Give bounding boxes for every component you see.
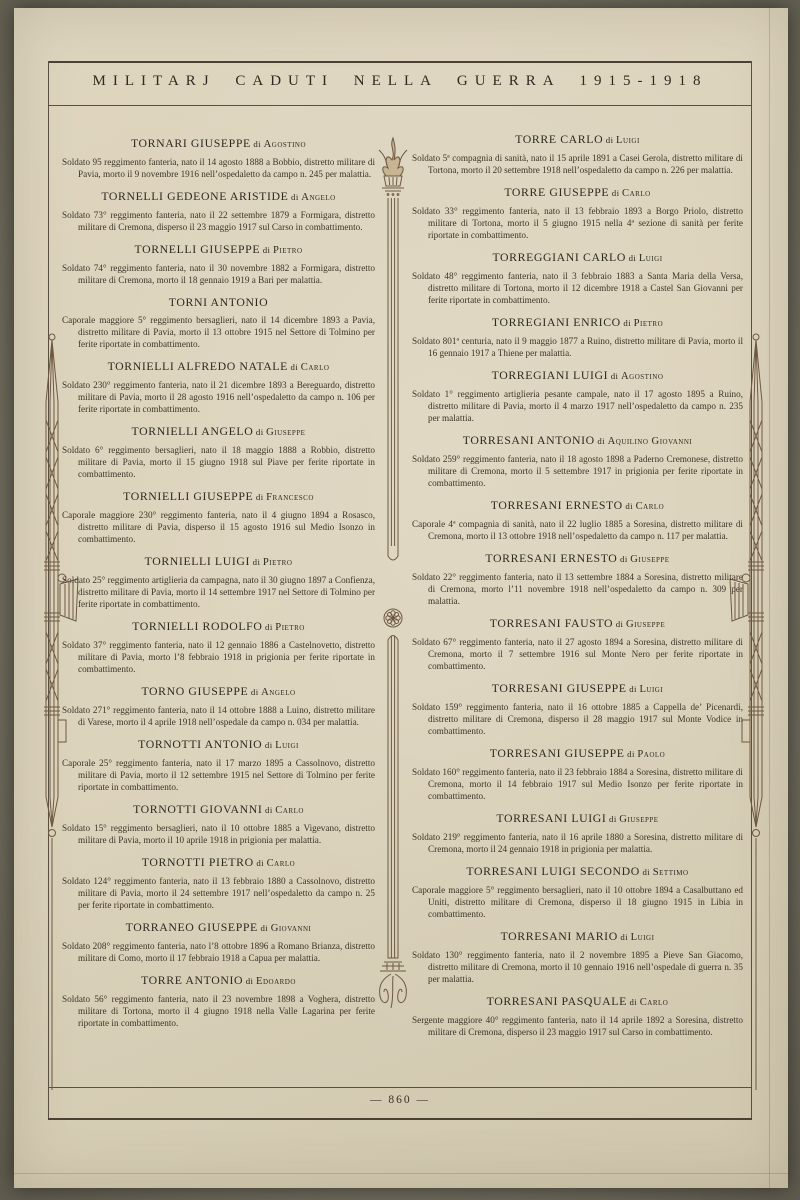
soldier-entry: TORRE GIUSEPPE di CarloSoldato 33° reggi…: [412, 185, 743, 241]
paternity-name: Angelo: [301, 192, 335, 203]
paternity-prefix: di: [253, 492, 266, 502]
paternity-name: Luigi: [631, 932, 655, 943]
entry-body: Soldato 48° reggimento fanteria, nato il…: [412, 270, 743, 306]
paternity-prefix: di: [623, 501, 636, 511]
paternity-name: Giuseppe: [626, 619, 665, 630]
entry-body: Soldato 230° reggimento fanteria, nato i…: [62, 379, 375, 415]
soldier-name: TORRESANI ERNESTO: [485, 551, 617, 565]
entry-heading: TORRE GIUSEPPE di Carlo: [412, 185, 743, 200]
paternity-name: Giovanni: [271, 923, 312, 934]
paternity-prefix: di: [260, 245, 273, 255]
paternity-prefix: di: [606, 814, 619, 824]
soldier-entry: TORNELLI GEDEONE ARISTIDE di AngeloSolda…: [62, 189, 375, 233]
soldier-name: TORRE CARLO: [515, 132, 603, 146]
soldier-name: TORRESANI MARIO: [501, 929, 618, 943]
soldier-entry: TORREGIANI ENRICO di PietroSoldato 801ª …: [412, 315, 743, 359]
paternity-name: Giuseppe: [619, 814, 658, 825]
frame-rule-under-title: [48, 105, 752, 106]
frame-rule-bottom: [48, 1118, 752, 1120]
entry-heading: TORRE CARLO di Luigi: [412, 132, 743, 147]
paternity-prefix: di: [627, 684, 640, 694]
paternity-name: Giuseppe: [266, 427, 305, 438]
entry-body: Sergente maggiore 40° reggimento fanteri…: [412, 1014, 743, 1038]
soldier-name: TORNOTTI GIOVANNI: [133, 802, 262, 816]
paternity-name: Agostino: [264, 139, 306, 150]
entry-heading: TORNOTTI GIOVANNI di Carlo: [62, 802, 375, 817]
soldier-name: TORNIELLI ALFREDO NATALE: [108, 359, 288, 373]
soldier-name: TORRE ANTONIO: [141, 973, 243, 987]
entry-heading: TORREGIANI LUIGI di Agostino: [412, 368, 743, 383]
entry-body: Soldato 271° reggimento fanteria, nato i…: [62, 704, 375, 728]
frame-rule-top: [48, 61, 752, 63]
entry-body: Soldato 74° reggimento fanteria, nato il…: [62, 262, 375, 286]
paternity-name: Carlo: [301, 362, 330, 373]
entry-heading: TORNO GIUSEPPE di Angelo: [62, 684, 375, 699]
right-column: TORRE CARLO di LuigiSoldato 5ª compagnia…: [412, 132, 743, 1094]
paternity-prefix: di: [626, 253, 639, 263]
entry-heading: TORRESANI GIUSEPPE di Paolo: [412, 746, 743, 761]
entry-body: Soldato 25° reggimento artiglieria da ca…: [62, 574, 375, 610]
paternity-name: Edoardo: [256, 976, 296, 987]
entry-body: Soldato 15° reggimento bersaglieri, nato…: [62, 822, 375, 846]
soldier-entry: TORRANEO GIUSEPPE di GiovanniSoldato 208…: [62, 920, 375, 964]
soldier-name: TORRESANI ANTONIO: [463, 433, 595, 447]
entry-body: Soldato 208° reggimento fanteria, nato l…: [62, 940, 375, 964]
paternity-prefix: di: [262, 622, 275, 632]
paternity-prefix: di: [621, 318, 634, 328]
soldier-entry: TORRESANI LUIGI SECONDO di SettimoCapora…: [412, 864, 743, 920]
soldier-name: TORREGIANI LUIGI: [492, 368, 609, 382]
soldier-name: TORNO GIUSEPPE: [141, 684, 248, 698]
paternity-name: Luigi: [275, 740, 299, 751]
soldier-name: TORRE GIUSEPPE: [504, 185, 609, 199]
soldier-entry: TORREGIANI LUIGI di AgostinoSoldato 1° r…: [412, 368, 743, 424]
soldier-name: TORREGGIANI CARLO: [492, 250, 626, 264]
paternity-prefix: di: [248, 687, 261, 697]
paternity-prefix: di: [258, 923, 271, 933]
soldier-name: TORRESANI ERNESTO: [491, 498, 623, 512]
entry-body: Soldato 33° reggimento fanteria, nato il…: [412, 205, 743, 241]
entry-body: Caporale 4ª compagnia di sanità, nato il…: [412, 518, 743, 542]
paternity-name: Carlo: [636, 501, 665, 512]
soldier-entry: TORRESANI MARIO di LuigiSoldato 130° reg…: [412, 929, 743, 985]
entry-body: Soldato 5ª compagnia di sanità, nato il …: [412, 152, 743, 176]
paternity-name: Pietro: [273, 245, 303, 256]
paternity-name: Giuseppe: [630, 554, 669, 565]
entry-body: Soldato 95 reggimento fanteria, nato il …: [62, 156, 375, 180]
soldier-name: TORREGIANI ENRICO: [492, 315, 621, 329]
paternity-name: Carlo: [275, 805, 304, 816]
entry-body: Caporale maggiore 5° reggimento bersagli…: [412, 884, 743, 920]
entry-body: Soldato 130° reggimento fanteria, nato i…: [412, 949, 743, 985]
soldier-name: TORNIELLI GIUSEPPE: [123, 489, 253, 503]
entry-body: Soldato 37° reggimento fanteria, nato il…: [62, 639, 375, 675]
soldier-entry: TORNIELLI LUIGI di PietroSoldato 25° reg…: [62, 554, 375, 610]
soldier-entry: TORNI ANTONIOCaporale maggiore 5° reggim…: [62, 295, 375, 350]
soldier-entry: TORRESANI PASQUALE di CarloSergente magg…: [412, 994, 743, 1038]
entry-heading: TORRESANI MARIO di Luigi: [412, 929, 743, 944]
entry-heading: TORRE ANTONIO di Edoardo: [62, 973, 375, 988]
entry-body: Soldato 73° reggimento fanteria, nato il…: [62, 209, 375, 233]
entry-heading: TORNOTTI PIETRO di Carlo: [62, 855, 375, 870]
entry-heading: TORNARI GIUSEPPE di Agostino: [62, 136, 375, 151]
entry-heading: TORNIELLI LUIGI di Pietro: [62, 554, 375, 569]
paternity-name: Carlo: [640, 997, 669, 1008]
soldier-entry: TORNO GIUSEPPE di AngeloSoldato 271° reg…: [62, 684, 375, 728]
entry-heading: TORREGIANI ENRICO di Pietro: [412, 315, 743, 330]
left-column: TORNARI GIUSEPPE di AgostinoSoldato 95 r…: [62, 136, 375, 1082]
soldier-entry: TORRESANI GIUSEPPE di LuigiSoldato 159° …: [412, 681, 743, 737]
paternity-prefix: di: [608, 371, 621, 381]
paternity-name: Carlo: [622, 188, 651, 199]
soldier-entry: TORREGGIANI CARLO di LuigiSoldato 48° re…: [412, 250, 743, 306]
soldier-entry: TORNOTTI ANTONIO di LuigiCaporale 25° re…: [62, 737, 375, 793]
soldier-name: TORNI ANTONIO: [169, 295, 268, 309]
entry-body: Soldato 1° reggimento artiglieria pesant…: [412, 388, 743, 424]
soldier-entry: TORRESANI ANTONIO di Aquilino GiovanniSo…: [412, 433, 743, 489]
page-edge-line-bottom: [14, 1173, 788, 1174]
paternity-name: Carlo: [267, 858, 296, 869]
soldier-entry: TORNIELLI ALFREDO NATALE di CarloSoldato…: [62, 359, 375, 415]
paternity-prefix: di: [640, 867, 653, 877]
soldier-entry: TORRE ANTONIO di EdoardoSoldato 56° regg…: [62, 973, 375, 1029]
entry-body: Soldato 801ª centuria, nato il 9 maggio …: [412, 335, 743, 359]
entry-heading: TORRESANI ERNESTO di Giuseppe: [412, 551, 743, 566]
soldier-name: TORRESANI FAUSTO: [490, 616, 613, 630]
entry-body: Soldato 124° reggimento fanteria, nato i…: [62, 875, 375, 911]
entry-heading: TORNIELLI ALFREDO NATALE di Carlo: [62, 359, 375, 374]
torch-column-icon: [376, 136, 410, 1026]
entry-heading: TORRESANI GIUSEPPE di Luigi: [412, 681, 743, 696]
paternity-name: Angelo: [261, 687, 295, 698]
soldier-name: TORRESANI LUIGI: [496, 811, 606, 825]
entry-heading: TORNIELLI GIUSEPPE di Francesco: [62, 489, 375, 504]
entry-body: Soldato 159° reggimento fanteria, nato i…: [412, 701, 743, 737]
entry-body: Soldato 67° reggimento fanteria, nato il…: [412, 636, 743, 672]
page-title: MILITARJ CADUTI NELLA GUERRA 1915-1918: [48, 73, 752, 90]
entry-heading: TORRESANI ERNESTO di Carlo: [412, 498, 743, 513]
paternity-name: Paolo: [637, 749, 665, 760]
soldier-name: TORRESANI LUIGI SECONDO: [466, 864, 640, 878]
entry-heading: TORNIELLI RODOLFO di Pietro: [62, 619, 375, 634]
entry-heading: TORRANEO GIUSEPPE di Giovanni: [62, 920, 375, 935]
soldier-entry: TORNOTTI PIETRO di CarloSoldato 124° reg…: [62, 855, 375, 911]
paternity-name: Settimo: [653, 867, 689, 878]
paternity-name: Luigi: [616, 135, 640, 146]
soldier-entry: TORNELLI GIUSEPPE di PietroSoldato 74° r…: [62, 242, 375, 286]
paternity-prefix: di: [595, 436, 608, 446]
paternity-prefix: di: [251, 139, 264, 149]
paternity-prefix: di: [617, 554, 630, 564]
entry-heading: TORRESANI ANTONIO di Aquilino Giovanni: [412, 433, 743, 448]
entry-body: Caporale maggiore 5° reggimento bersagli…: [62, 314, 375, 350]
soldier-name: TORRESANI PASQUALE: [487, 994, 627, 1008]
paternity-prefix: di: [262, 805, 275, 815]
paternity-prefix: di: [262, 740, 275, 750]
paternity-prefix: di: [288, 192, 301, 202]
soldier-entry: TORRE CARLO di LuigiSoldato 5ª compagnia…: [412, 132, 743, 176]
entry-body: Soldato 22° reggimento fanteria, nato il…: [412, 571, 743, 607]
soldier-entry: TORNOTTI GIOVANNI di CarloSoldato 15° re…: [62, 802, 375, 846]
soldier-entry: TORNIELLI ANGELO di GiuseppeSoldato 6° r…: [62, 424, 375, 480]
soldier-name: TORRESANI GIUSEPPE: [492, 681, 627, 695]
entry-heading: TORNOTTI ANTONIO di Luigi: [62, 737, 375, 752]
paternity-prefix: di: [253, 427, 266, 437]
paternity-prefix: di: [288, 362, 301, 372]
paternity-prefix: di: [618, 932, 631, 942]
paternity-prefix: di: [243, 976, 256, 986]
page-number: — 860 —: [48, 1094, 752, 1106]
soldier-name: TORNIELLI RODOLFO: [132, 619, 262, 633]
soldier-entry: TORNARI GIUSEPPE di AgostinoSoldato 95 r…: [62, 136, 375, 180]
entry-heading: TORRESANI PASQUALE di Carlo: [412, 994, 743, 1009]
paternity-name: Luigi: [639, 684, 663, 695]
entry-heading: TORRESANI FAUSTO di Giuseppe: [412, 616, 743, 631]
entry-body: Caporale maggiore 230° reggimento fanter…: [62, 509, 375, 545]
soldier-name: TORNOTTI PIETRO: [142, 855, 254, 869]
soldier-entry: TORRESANI ERNESTO di CarloCaporale 4ª co…: [412, 498, 743, 542]
entry-body: Soldato 160° reggimento fanteria, nato i…: [412, 766, 743, 802]
paternity-prefix: di: [250, 557, 263, 567]
soldier-entry: TORRESANI GIUSEPPE di PaoloSoldato 160° …: [412, 746, 743, 802]
paternity-name: Pietro: [634, 318, 664, 329]
soldier-name: TORNIELLI LUIGI: [145, 554, 250, 568]
entry-heading: TORNI ANTONIO: [62, 295, 375, 309]
entry-body: Soldato 56° reggimento fanteria, nato il…: [62, 993, 375, 1029]
paternity-prefix: di: [625, 749, 638, 759]
entry-body: Caporale 25° reggimento fanteria, nato i…: [62, 757, 375, 793]
soldier-entry: TORRESANI FAUSTO di GiuseppeSoldato 67° …: [412, 616, 743, 672]
paternity-prefix: di: [603, 135, 616, 145]
paternity-prefix: di: [627, 997, 640, 1007]
soldier-name: TORRANEO GIUSEPPE: [126, 920, 258, 934]
paternity-prefix: di: [613, 619, 626, 629]
entry-heading: TORRESANI LUIGI SECONDO di Settimo: [412, 864, 743, 879]
entry-heading: TORNELLI GEDEONE ARISTIDE di Angelo: [62, 189, 375, 204]
soldier-name: TORNELLI GIUSEPPE: [134, 242, 260, 256]
entry-heading: TORNELLI GIUSEPPE di Pietro: [62, 242, 375, 257]
soldier-entry: TORNIELLI RODOLFO di PietroSoldato 37° r…: [62, 619, 375, 675]
entry-heading: TORRESANI LUIGI di Giuseppe: [412, 811, 743, 826]
paternity-name: Pietro: [263, 557, 293, 568]
soldier-entry: TORRESANI LUIGI di GiuseppeSoldato 219° …: [412, 811, 743, 855]
soldier-name: TORNELLI GEDEONE ARISTIDE: [101, 189, 288, 203]
entry-body: Soldato 219° reggimento fanteria, nato i…: [412, 831, 743, 855]
entry-body: Soldato 259° reggimento fanteria, nato i…: [412, 453, 743, 489]
soldier-entry: TORRESANI ERNESTO di GiuseppeSoldato 22°…: [412, 551, 743, 607]
paternity-name: Pietro: [275, 622, 305, 633]
paternity-name: Luigi: [639, 253, 663, 264]
soldier-name: TORRESANI GIUSEPPE: [490, 746, 625, 760]
paternity-name: Francesco: [266, 492, 314, 503]
soldier-name: TORNOTTI ANTONIO: [138, 737, 262, 751]
paternity-prefix: di: [254, 858, 267, 868]
soldier-entry: TORNIELLI GIUSEPPE di FrancescoCaporale …: [62, 489, 375, 545]
soldier-name: TORNIELLI ANGELO: [132, 424, 254, 438]
scanned-book-page: { "page": { "title": "MILITARJ CADUTI NE…: [0, 0, 800, 1200]
paternity-name: Agostino: [621, 371, 663, 382]
entry-body: Soldato 6° reggimento bersaglieri, nato …: [62, 444, 375, 480]
entry-heading: TORREGGIANI CARLO di Luigi: [412, 250, 743, 265]
paternity-name: Aquilino Giovanni: [608, 436, 693, 447]
entry-heading: TORNIELLI ANGELO di Giuseppe: [62, 424, 375, 439]
paternity-prefix: di: [609, 188, 622, 198]
soldier-name: TORNARI GIUSEPPE: [131, 136, 251, 150]
